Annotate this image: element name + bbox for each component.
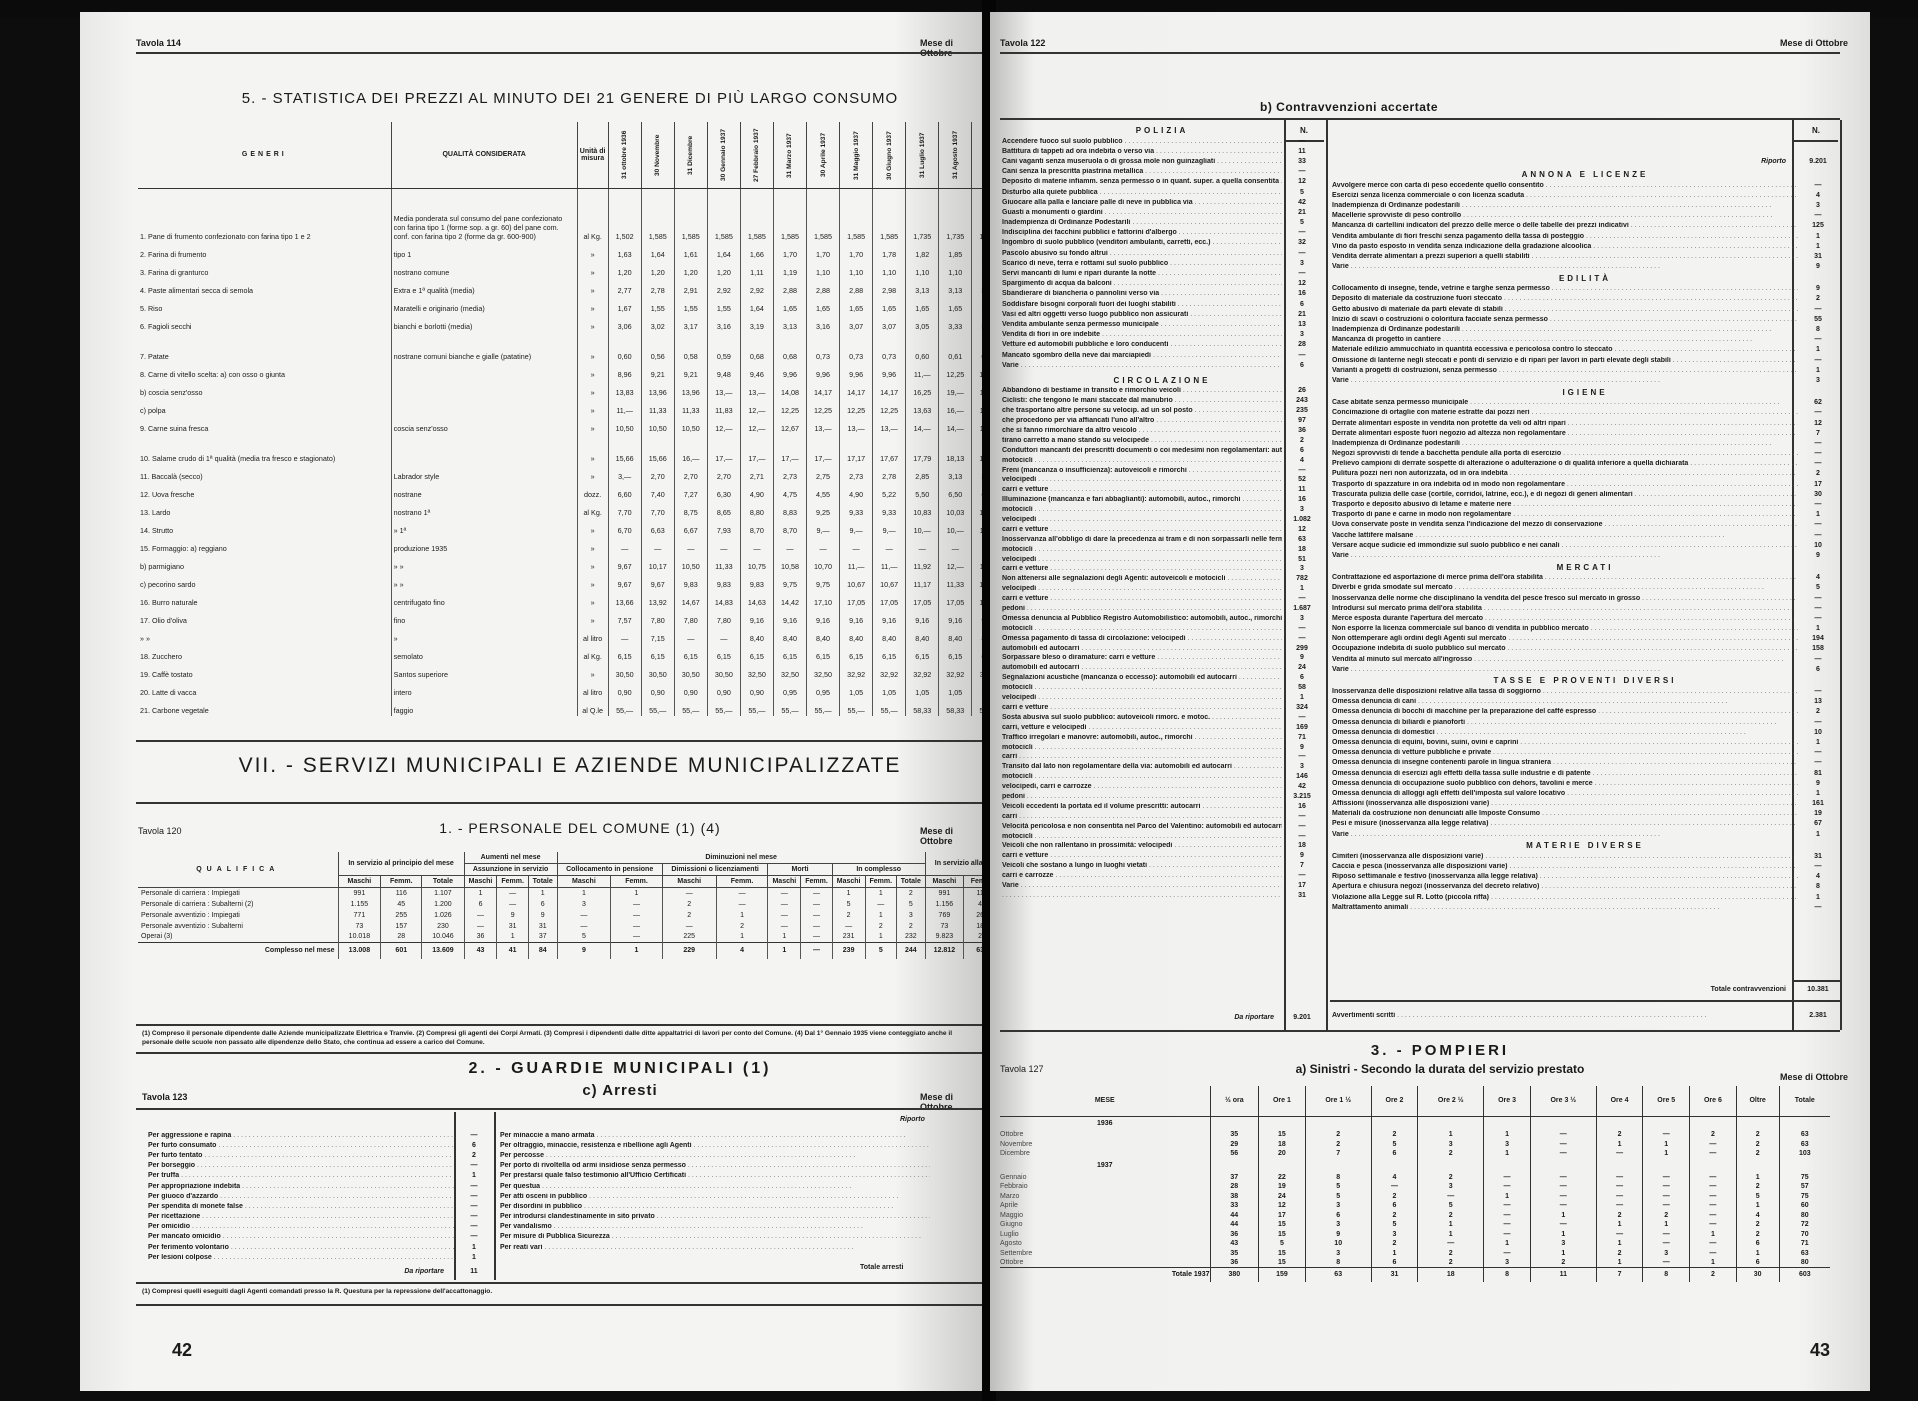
item-label: Veicoli eccedenti la portata ed il volum… bbox=[1002, 803, 1282, 810]
item-value: 4 bbox=[1282, 457, 1322, 464]
list-item: Per vandalismo bbox=[500, 1222, 970, 1232]
avvertimenti-row: Avvertimenti scritti 2.381 bbox=[1332, 1010, 1838, 1020]
list-item: Inadempienza di Ordinanze podestarili8 bbox=[1332, 324, 1838, 334]
price-cell: 18,13 bbox=[939, 434, 972, 464]
col-date: 31 Agosto 1937 bbox=[939, 122, 972, 188]
item-value: 31 bbox=[1798, 853, 1838, 860]
col-date: 30 Gennaio 1937 bbox=[707, 122, 740, 188]
item-value: 3 bbox=[1282, 260, 1322, 267]
price-cell: 1,585 bbox=[873, 188, 906, 242]
unita-cell: al Kg. bbox=[577, 500, 608, 518]
value-cell: 4 bbox=[1736, 1211, 1779, 1221]
item-value: 24 bbox=[1282, 664, 1322, 671]
item-label: Prelievo campioni di derrate sospette di… bbox=[1332, 460, 1798, 467]
price-cell: 8,96 bbox=[608, 362, 641, 380]
list-item: carri e vetture324 bbox=[1002, 703, 1322, 713]
item-label: pedoni bbox=[1002, 605, 1282, 612]
price-cell: — bbox=[674, 626, 707, 644]
item-label: Servi mancanti di lumi e ripari durante … bbox=[1002, 270, 1282, 277]
item-value: — bbox=[1798, 719, 1838, 726]
value-cell: 17 bbox=[1259, 1211, 1306, 1221]
item-value: 13 bbox=[1282, 321, 1322, 328]
price-cell: 2,70 bbox=[674, 464, 707, 482]
table-row: 10. Salame crudo di 1ª qualità (media tr… bbox=[138, 434, 985, 464]
value-cell: — bbox=[1690, 1249, 1737, 1259]
col-date: 31 Dicembre bbox=[674, 122, 707, 188]
value-cell: — bbox=[1690, 1201, 1737, 1211]
price-cell: 2,85 bbox=[906, 464, 939, 482]
item-value: 9 bbox=[1798, 263, 1838, 270]
value-cell: 1 bbox=[1596, 1239, 1643, 1249]
price-cell: 2,88 bbox=[773, 278, 806, 296]
item-value: 21 bbox=[1282, 311, 1322, 318]
value-cell: 6 bbox=[464, 899, 497, 910]
price-cell: 7,80 bbox=[641, 608, 674, 626]
value-cell: 1 bbox=[1596, 1220, 1643, 1230]
arresti-top-rule bbox=[136, 1108, 985, 1110]
qualita-cell: centrifugato fino bbox=[391, 590, 577, 608]
qualita-cell: » » bbox=[391, 554, 577, 572]
item-label: velocipedi bbox=[1002, 694, 1282, 701]
item-label: Vetture ed automobili pubbliche e loro c… bbox=[1002, 341, 1282, 348]
item-label: Collocamento di insegne, tende, vetrine … bbox=[1332, 285, 1798, 292]
col-qualifica: QUALIFICA bbox=[138, 852, 338, 888]
item-value: — bbox=[1798, 212, 1838, 219]
unita-cell: » bbox=[577, 536, 608, 554]
item-value: — bbox=[1798, 863, 1838, 870]
value-cell: 24 bbox=[1259, 1192, 1306, 1202]
item-value: 21 bbox=[1282, 209, 1322, 216]
item-label: Case abitate senza permesso municipale bbox=[1332, 399, 1798, 406]
tavola-right-label: Tavola 122 bbox=[1000, 38, 1045, 48]
item-value: 1 bbox=[1282, 585, 1322, 592]
qualita-cell: semolato bbox=[391, 644, 577, 662]
value-cell: — bbox=[1371, 1182, 1418, 1192]
price-cell: 9,21 bbox=[674, 362, 707, 380]
item-label: Spargimento di acqua da balconi bbox=[1002, 280, 1282, 287]
item-value: — bbox=[1798, 357, 1838, 364]
item-value: — bbox=[1798, 904, 1838, 911]
value-cell: 5 bbox=[1305, 1192, 1371, 1202]
item-label: Cani vaganti senza museruola o di grossa… bbox=[1002, 158, 1282, 165]
unita-cell: » bbox=[577, 518, 608, 536]
item-value: 169 bbox=[1282, 724, 1322, 731]
price-cell: 1,20 bbox=[707, 260, 740, 278]
list-item: Negozi sprovvisti di tende a bacchetta p… bbox=[1332, 449, 1838, 459]
price-cell: 6,15 bbox=[707, 644, 740, 662]
table-row: 8. Carne di vitello scelta: a) con osso … bbox=[138, 362, 985, 380]
col-sub: Femm. bbox=[381, 876, 422, 888]
section-tasse: TASSE E PROVENTI DIVERSIInosservanza del… bbox=[1332, 674, 1838, 839]
price-cell: 1,55 bbox=[641, 296, 674, 314]
price-cell: — bbox=[608, 536, 641, 554]
list-item: Omessa denuncia di equini, bovini, suini… bbox=[1332, 737, 1838, 747]
value-cell: 1 bbox=[865, 910, 896, 921]
list-item: Veicoli eccedenti la portata ed il volum… bbox=[1002, 801, 1322, 811]
list-item: velocipedi52 bbox=[1002, 475, 1322, 485]
value-cell: 2 bbox=[1371, 1239, 1418, 1249]
list-item: Mancanza di progetto in cantiere— bbox=[1332, 335, 1838, 345]
price-cell: 8,65 bbox=[707, 500, 740, 518]
total-cell: 8 bbox=[1484, 1268, 1531, 1282]
total-cell: 84 bbox=[528, 943, 557, 959]
table-row: Luglio3615931—1——1270 bbox=[1000, 1230, 1830, 1240]
price-cell: 2,78 bbox=[641, 278, 674, 296]
col-header: Oltre bbox=[1736, 1086, 1779, 1116]
value-cell: 1 bbox=[865, 932, 896, 943]
item-value: 1 bbox=[1798, 233, 1838, 240]
item-value: 3 bbox=[1798, 377, 1838, 384]
value-cell: 9 bbox=[1305, 1230, 1371, 1240]
month-cell: Agosto bbox=[1000, 1239, 1210, 1249]
qualita-cell: fino bbox=[391, 608, 577, 626]
qualita-cell: coscia senz'osso bbox=[391, 416, 577, 434]
price-cell: 1,78 bbox=[873, 242, 906, 260]
item-label: Pesi e misure (inosservanza alla legge r… bbox=[1332, 820, 1798, 827]
price-cell: 55,— bbox=[807, 698, 840, 716]
item-label: Transito dal lato non regolamentare dell… bbox=[1002, 763, 1282, 770]
price-cell: 17,05 bbox=[906, 590, 939, 608]
item-label: Mancanza di progetto in cantiere bbox=[1332, 336, 1798, 343]
item-label: Per disordini in pubblico bbox=[500, 1203, 930, 1210]
list-item: Varianti a progetti di costruzioni, senz… bbox=[1332, 365, 1838, 375]
genere-cell: 1. Pane di frumento confezionato con far… bbox=[138, 188, 391, 242]
item-value: — bbox=[1798, 749, 1838, 756]
item-label: Negozi sprovvisti di tende a bacchetta p… bbox=[1332, 450, 1798, 457]
list-item: Velocità pericolosa e non consentita nel… bbox=[1002, 821, 1322, 831]
value-cell: 36 bbox=[1210, 1258, 1259, 1268]
value-cell: — bbox=[1530, 1182, 1596, 1192]
list-item: Per mancato omicidio— bbox=[148, 1232, 494, 1242]
price-cell: 4,75 bbox=[773, 482, 806, 500]
unita-cell: » bbox=[577, 416, 608, 434]
price-cell: 6,15 bbox=[873, 644, 906, 662]
value-cell: 44 bbox=[1210, 1211, 1259, 1221]
item-label: Veicoli che sostano a lungo in luoghi vi… bbox=[1002, 862, 1282, 869]
item-value: 97 bbox=[1282, 417, 1322, 424]
item-value: — bbox=[1282, 168, 1322, 175]
item-value: — bbox=[1798, 532, 1838, 539]
value-cell: 2 bbox=[1371, 1192, 1418, 1202]
list-item: 31 bbox=[1002, 890, 1322, 900]
list-item: Cimiteri (inosservanza alle disposizioni… bbox=[1332, 851, 1838, 861]
list-item: Inadempienza di Ordinanze podestarili3 bbox=[1332, 200, 1838, 210]
price-cell: 2,73 bbox=[773, 464, 806, 482]
list-item: Indisciplina dei facchini pubblici e fat… bbox=[1002, 228, 1322, 238]
value-cell: — bbox=[1530, 1173, 1596, 1183]
total-cell: 13.008 bbox=[338, 943, 381, 959]
arresti-note: (1) Compresi quelli eseguiti dagli Agent… bbox=[142, 1288, 982, 1297]
price-cell: 32,92 bbox=[840, 662, 873, 680]
value-cell: 225 bbox=[662, 932, 716, 943]
table-row: Maggio4417622—122—480 bbox=[1000, 1211, 1830, 1221]
item-value: — bbox=[1282, 250, 1322, 257]
price-cell: 9,16 bbox=[773, 608, 806, 626]
item-label: carri e carrozze bbox=[1002, 872, 1282, 879]
item-label: Omessa denuncia di equini, bovini, suini… bbox=[1332, 739, 1798, 746]
list-item: Versare acque sudicie ed immondizie sul … bbox=[1332, 540, 1838, 550]
price-cell: 0,68 bbox=[773, 332, 806, 362]
item-value: 158 bbox=[1798, 645, 1838, 652]
item-label: motocicli bbox=[1002, 546, 1282, 553]
list-item: motocicli9 bbox=[1002, 742, 1322, 752]
price-cell: 8,75 bbox=[674, 500, 707, 518]
item-value: — bbox=[1282, 270, 1322, 277]
table-row: 4. Paste alimentari secca di semolaExtra… bbox=[138, 278, 985, 296]
table-row: Personale di carriera : Subalterni (2)1.… bbox=[138, 899, 985, 910]
item-value: — bbox=[1282, 813, 1322, 820]
col-sub: Femm. bbox=[497, 876, 528, 888]
col-header: Ore 3 bbox=[1484, 1086, 1531, 1116]
price-cell: 6,15 bbox=[840, 644, 873, 662]
value-cell: 1 bbox=[1371, 1249, 1418, 1259]
section-header: ANNONA E LICENZE bbox=[1332, 168, 1838, 180]
qualita-cell bbox=[391, 398, 577, 416]
table-row: 18. Zuccherosemolatoal Kg.6,156,156,156,… bbox=[138, 644, 985, 662]
table-row: 20. Latte di vaccainteroal litro0,900,90… bbox=[138, 680, 985, 698]
item-label: Varie bbox=[1332, 263, 1798, 270]
value-cell: — bbox=[497, 899, 528, 910]
item-label: Versare acque sudicie ed immondizie sul … bbox=[1332, 542, 1798, 549]
value-cell: 991 bbox=[338, 888, 381, 899]
item-label: Uova conservate poste in vendita senza l… bbox=[1332, 521, 1798, 528]
item-label: velocipedi, carri e carrozze bbox=[1002, 783, 1282, 790]
price-cell: 9,21 bbox=[641, 362, 674, 380]
price-cell: 1,70 bbox=[773, 242, 806, 260]
list-item: Materiale edilizio ammucchiato in quanti… bbox=[1332, 345, 1838, 355]
list-item: Omessa denuncia di cani13 bbox=[1332, 697, 1838, 707]
list-item: Trasporto di pane e carne in modo non re… bbox=[1332, 510, 1838, 520]
item-label: motocicli bbox=[1002, 457, 1282, 464]
item-value: 6 bbox=[1282, 447, 1322, 454]
value-cell: 45 bbox=[381, 899, 422, 910]
value-cell: 5 bbox=[557, 932, 611, 943]
price-cell: 2,88 bbox=[807, 278, 840, 296]
value-cell: — bbox=[662, 921, 716, 932]
unita-cell: » bbox=[577, 332, 608, 362]
item-label: motocicli bbox=[1002, 684, 1282, 691]
qualita-cell: » 1ª bbox=[391, 518, 577, 536]
price-cell: 7,70 bbox=[608, 500, 641, 518]
value-cell: 9 bbox=[497, 910, 528, 921]
price-cell: 1,82 bbox=[906, 242, 939, 260]
unita-cell: » bbox=[577, 278, 608, 296]
price-cell: 0,58 bbox=[674, 332, 707, 362]
price-cell: 1,05 bbox=[906, 680, 939, 698]
list-item: Sosta abusiva sul suolo pubblico: autove… bbox=[1002, 712, 1322, 722]
col-date: 31 Marzo 1937 bbox=[773, 122, 806, 188]
table-row: Aprile3312365—————160 bbox=[1000, 1201, 1830, 1211]
item-label: Varie bbox=[1332, 552, 1798, 559]
item-label: Per appropriazione indebita bbox=[148, 1183, 454, 1190]
price-cell: 32,92 bbox=[906, 662, 939, 680]
price-cell: 1,10 bbox=[873, 260, 906, 278]
genere-cell: 18. Zucchero bbox=[138, 644, 391, 662]
list-item: Varie9 bbox=[1332, 262, 1838, 272]
col-sub: Femm. bbox=[716, 876, 768, 888]
item-value: — bbox=[454, 1193, 494, 1200]
list-item: Uova conservate poste in vendita senza l… bbox=[1332, 520, 1838, 530]
value-cell: 33 bbox=[1210, 1201, 1259, 1211]
list-item: Illuminazione (mancanza e fari abbaglian… bbox=[1002, 495, 1322, 505]
price-cell: 2,78 bbox=[873, 464, 906, 482]
item-label: Omissione di lanterne negli steccati e p… bbox=[1332, 357, 1798, 364]
price-cell: 2,73 bbox=[840, 464, 873, 482]
list-item: Vendita derrate alimentari a prezzi supe… bbox=[1332, 251, 1838, 261]
qualifica-cell: Personale avventizio : Subalterni bbox=[138, 921, 338, 932]
value-cell: — bbox=[801, 899, 832, 910]
table-row: 16. Burro naturalecentrifugato fino»13,6… bbox=[138, 590, 985, 608]
value-cell: 9.823 bbox=[925, 932, 963, 943]
price-cell: 16,25 bbox=[906, 380, 939, 398]
item-label: Occupazione indebita di suolo pubblico s… bbox=[1332, 645, 1798, 652]
value-cell: — bbox=[464, 910, 497, 921]
empty-cell bbox=[1210, 1116, 1259, 1130]
unita-cell: al litro bbox=[577, 680, 608, 698]
section-title: VII. - SERVIZI MUNICIPALI E AZIENDE MUNI… bbox=[140, 754, 985, 778]
col-sub: Maschi bbox=[557, 876, 611, 888]
price-cell: 12,— bbox=[707, 416, 740, 434]
price-cell: 6,15 bbox=[740, 644, 773, 662]
value-cell: — bbox=[1530, 1149, 1596, 1159]
unita-cell: al Kg. bbox=[577, 644, 608, 662]
price-cell: 0,95 bbox=[807, 680, 840, 698]
unita-cell: » bbox=[577, 434, 608, 464]
value-cell: 56 bbox=[1210, 1149, 1259, 1159]
price-cell: 1,70 bbox=[840, 242, 873, 260]
section-header: MERCATI bbox=[1332, 561, 1838, 573]
price-cell: 6,15 bbox=[608, 644, 641, 662]
value-cell: 2 bbox=[1736, 1230, 1779, 1240]
item-value: 9 bbox=[1798, 552, 1838, 559]
list-item: carri— bbox=[1002, 811, 1322, 821]
list-item: Contrattazione ed asportazione di merce … bbox=[1332, 573, 1838, 583]
price-cell: 10,50 bbox=[608, 416, 641, 434]
table-row: c) pecorino sardo» »»9,679,679,839,839,8… bbox=[138, 572, 985, 590]
item-value: 8 bbox=[1798, 883, 1838, 890]
col-n-right-line bbox=[1840, 120, 1842, 1030]
item-value: 13 bbox=[1798, 698, 1838, 705]
price-cell: 12,— bbox=[939, 554, 972, 572]
price-cell: — bbox=[773, 536, 806, 554]
item-label: Omessa denuncia di esercizi agli effetti… bbox=[1332, 770, 1798, 777]
item-label: Soddisfare bisogni corporali fuori dei l… bbox=[1002, 301, 1282, 308]
list-item: Per lesioni colpose1 bbox=[148, 1252, 494, 1262]
value-cell: — bbox=[1484, 1182, 1531, 1192]
price-cell: 8,40 bbox=[939, 626, 972, 644]
item-value: 31 bbox=[1798, 253, 1838, 260]
unita-cell: » bbox=[577, 362, 608, 380]
item-label: Pulitura pozzi neri non autorizzata, od … bbox=[1332, 470, 1798, 477]
table-row: 9. Carne suina frescacoscia senz'osso»10… bbox=[138, 416, 985, 434]
item-value: 67 bbox=[1798, 820, 1838, 827]
value-cell: 2 bbox=[1371, 1211, 1418, 1221]
total-cell: 5 bbox=[865, 943, 896, 959]
price-cell: 2,75 bbox=[807, 464, 840, 482]
total-cell: 8 bbox=[1643, 1268, 1690, 1282]
price-cell: 1,585 bbox=[807, 188, 840, 242]
item-value: 18 bbox=[1282, 842, 1322, 849]
price-cell: 32,92 bbox=[939, 662, 972, 680]
price-cell: — bbox=[674, 536, 707, 554]
list-item: Veicoli che sostano a lungo in luoghi vi… bbox=[1002, 861, 1322, 871]
value-cell: — bbox=[801, 932, 832, 943]
item-label: Per minaccie a mano armata bbox=[500, 1132, 930, 1139]
list-item: Vino da pasto esposto in vendita senza i… bbox=[1332, 241, 1838, 251]
value-cell: 3 bbox=[557, 899, 611, 910]
col-date: 31 Luglio 1937 bbox=[906, 122, 939, 188]
item-value: 324 bbox=[1282, 704, 1322, 711]
item-value: 1 bbox=[1798, 894, 1838, 901]
price-cell: 14,42 bbox=[773, 590, 806, 608]
personale-mese: Mese di Ottobre bbox=[920, 826, 985, 846]
price-cell: 14,08 bbox=[773, 380, 806, 398]
item-label: Vasi ed altri oggetti verso luogo pubbli… bbox=[1002, 311, 1282, 318]
price-cell: 6,15 bbox=[906, 644, 939, 662]
item-value: 5 bbox=[1282, 189, 1322, 196]
value-cell: 1 bbox=[497, 932, 528, 943]
price-cell: 0,61 bbox=[939, 332, 972, 362]
total-cell: 244 bbox=[897, 943, 926, 959]
col-date: 30 Novembre bbox=[641, 122, 674, 188]
item-label: Pascolo abusivo su fondo altrui bbox=[1002, 250, 1282, 257]
item-value: 17 bbox=[1282, 882, 1322, 889]
col-diminuzioni: Diminuzioni nel mese bbox=[557, 852, 925, 864]
price-cell: 1,10 bbox=[840, 260, 873, 278]
item-value: 3 bbox=[1282, 506, 1322, 513]
price-cell: 1,65 bbox=[939, 296, 972, 314]
item-label: motocicli bbox=[1002, 625, 1282, 632]
item-value: 6 bbox=[1282, 362, 1322, 369]
value-cell: — bbox=[1596, 1230, 1643, 1240]
value-cell: 1 bbox=[1484, 1239, 1531, 1249]
genere-cell: 21. Carbone vegetale bbox=[138, 698, 391, 716]
value-cell: — bbox=[1418, 1192, 1484, 1202]
left-page: Tavola 114 Mese di Ottobre 5. - STATISTI… bbox=[80, 12, 985, 1391]
value-cell: — bbox=[801, 888, 832, 899]
price-cell: 8,40 bbox=[807, 626, 840, 644]
list-item: Getto abusivo di materiale da parti elev… bbox=[1332, 304, 1838, 314]
value-cell: — bbox=[557, 921, 611, 932]
item-value: 243 bbox=[1282, 397, 1322, 404]
value-cell: — bbox=[1484, 1249, 1531, 1259]
item-value: 12 bbox=[1282, 526, 1322, 533]
list-item: automobili ed autocarri24 bbox=[1002, 663, 1322, 673]
item-value: 9 bbox=[1798, 285, 1838, 292]
col-date: 30 Giugno 1937 bbox=[873, 122, 906, 188]
item-value: 81 bbox=[1798, 770, 1838, 777]
price-cell: 14,17 bbox=[840, 380, 873, 398]
unita-cell: » bbox=[577, 242, 608, 260]
price-cell: 5,50 bbox=[906, 482, 939, 500]
totale-rule bbox=[1794, 980, 1840, 982]
item-label: Inadempienza di Ordinanze Podestarili bbox=[1002, 219, 1282, 226]
list-item: Inadempienza di Ordinanze podestarili— bbox=[1332, 438, 1838, 448]
list-item: Per aggressione e rapina— bbox=[148, 1130, 494, 1140]
total-cell: 601 bbox=[381, 943, 422, 959]
list-item: Per furto consumato6 bbox=[148, 1140, 494, 1150]
item-label: Vendita di fiori in ore indebite bbox=[1002, 331, 1282, 338]
price-cell: 17,05 bbox=[939, 590, 972, 608]
value-cell: 1 bbox=[1736, 1249, 1779, 1259]
price-cell: 9,96 bbox=[773, 362, 806, 380]
list-item: motocicli— bbox=[1002, 623, 1322, 633]
total-cell: 1 bbox=[611, 943, 663, 959]
value-cell: 60 bbox=[1779, 1201, 1830, 1211]
item-label: Sosta abusiva sul suolo pubblico: autove… bbox=[1002, 714, 1282, 721]
value-cell: 73 bbox=[925, 921, 963, 932]
list-item: Transito dal lato non regolamentare dell… bbox=[1002, 762, 1322, 772]
